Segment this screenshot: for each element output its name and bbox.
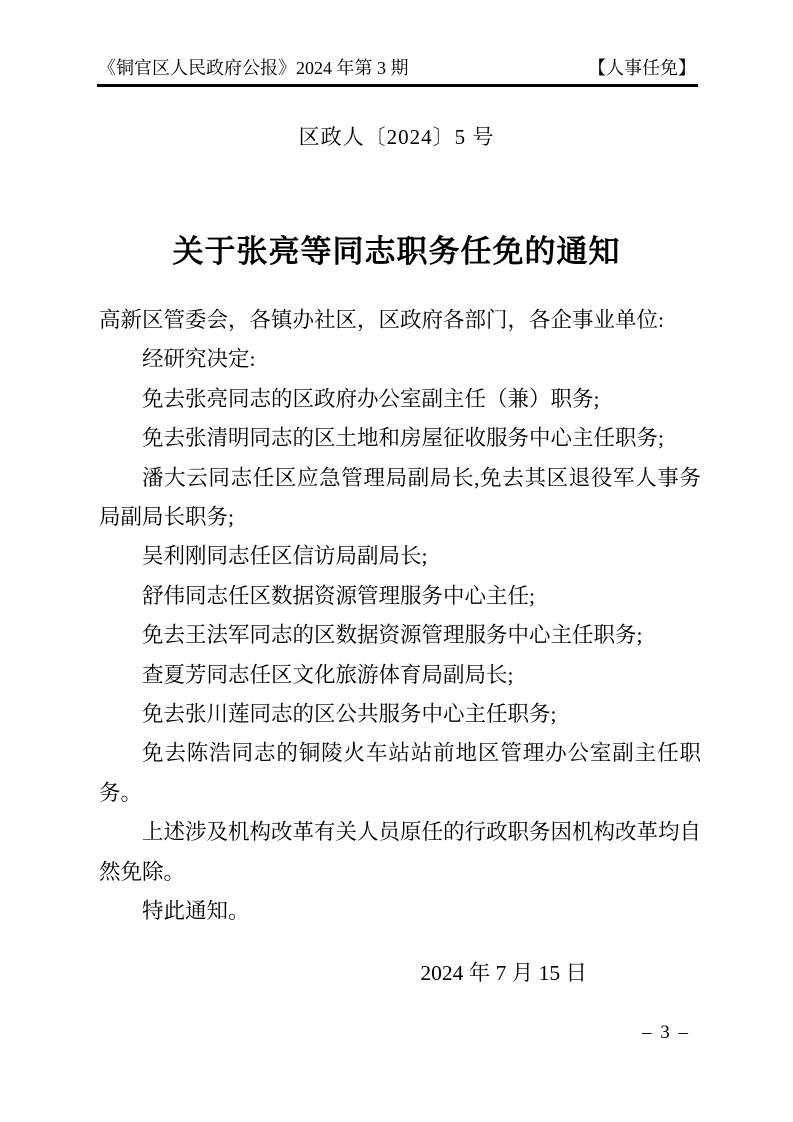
header-publication-issue: 《铜官区人民政府公报》2024 年第 3 期 — [98, 54, 409, 80]
body-paragraph: 舒伟同志任区数据资源管理服务中心主任; — [99, 577, 701, 616]
body-paragraph: 经研究决定: — [99, 340, 701, 379]
body-paragraph: 吴利刚同志任区信访局副局长; — [99, 537, 701, 576]
document-number: 区政人〔2024〕5 号 — [0, 121, 793, 151]
issue-date: 2024 年 7 月 15 日 — [420, 956, 587, 987]
body-paragraph: 免去张川莲同志的区公共服务中心主任职务; — [99, 695, 701, 734]
body-paragraph: 免去陈浩同志的铜陵火车站站前地区管理办公室副主任职务。 — [99, 734, 701, 813]
body-paragraph: 免去张清明同志的区土地和房屋征收服务中心主任职务; — [99, 419, 701, 458]
body-paragraph: 特此通知。 — [99, 892, 701, 931]
body-paragraph: 免去王法军同志的区数据资源管理服务中心主任职务; — [99, 616, 701, 655]
salutation-line: 高新区管委会，各镇办社区，区政府各部门，各企事业单位: — [99, 301, 701, 340]
header-section-label: 【人事任免】 — [588, 54, 696, 80]
body-paragraph: 查夏芳同志任区文化旅游体育局副局长; — [99, 656, 701, 695]
header-rule — [97, 84, 698, 87]
body-paragraph: 上述涉及机构改革有关人员原任的行政职务因机构改革均自然免除。 — [99, 813, 701, 892]
page-number: – 3 – — [642, 1022, 690, 1044]
notice-title: 关于张亮等同志职务任免的通知 — [0, 226, 793, 271]
body-paragraph: 免去张亮同志的区政府办公室副主任（兼）职务; — [99, 380, 701, 419]
notice-body: 高新区管委会，各镇办社区，区政府各部门，各企事业单位: 经研究决定: 免去张亮同… — [99, 301, 701, 932]
page-header: 《铜官区人民政府公报》2024 年第 3 期 【人事任免】 — [98, 54, 696, 80]
body-paragraph: 潘大云同志任区应急管理局副局长,免去其区退役军人事务局副局长职务; — [99, 459, 701, 538]
gazette-page: 《铜官区人民政府公报》2024 年第 3 期 【人事任免】 区政人〔2024〕5… — [0, 0, 793, 1122]
